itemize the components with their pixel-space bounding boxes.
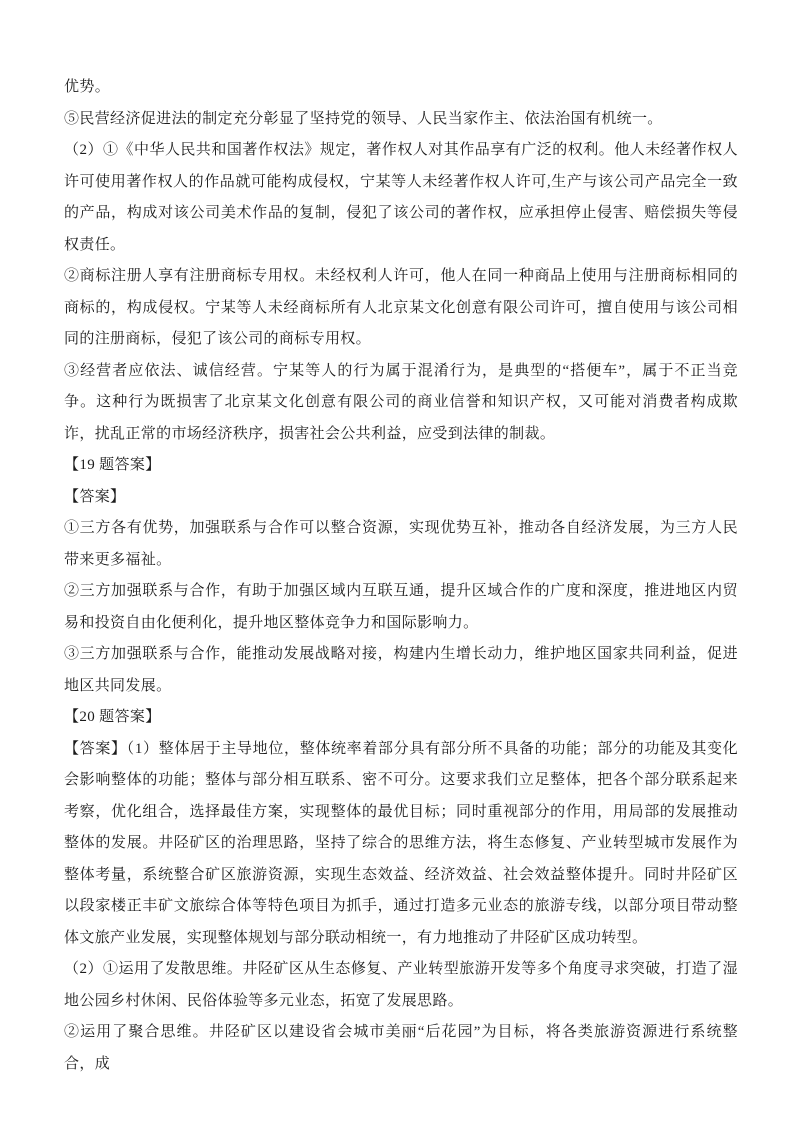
heading-question-20: 【20 题答案】 [64, 702, 738, 734]
paragraph-continuation: 优势。 [64, 72, 738, 104]
paragraph-answer-19-point-1: ①三方各有优势，加强联系与合作可以整合资源，实现优势互补，推动各自经济发展，为三… [64, 513, 738, 576]
paragraph-point-5: ⑤民营经济促进法的制定充分彰显了坚持党的领导、人民当家作主、依法治国有机统一。 [64, 104, 738, 136]
paragraph-copyright-answer: （2）①《中华人民共和国著作权法》规定，著作权人对其作品享有广泛的权利。他人未经… [64, 135, 738, 261]
paragraph-answer-19-point-2: ②三方加强联系与合作，有助于加强区域内互联互通，提升区域合作的广度和深度，推进地… [64, 576, 738, 639]
paragraph-competition-answer: ③经营者应依法、诚信经营。宁某等人的行为属于混淆行为，是典型的“搭便车”，属于不… [64, 356, 738, 451]
paragraph-trademark-answer: ②商标注册人享有注册商标专用权。未经权利人许可，他人在同一种商品上使用与注册商标… [64, 261, 738, 356]
document-page: 优势。 ⑤民营经济促进法的制定充分彰显了坚持党的领导、人民当家作主、依法治国有机… [0, 0, 800, 1131]
heading-answer-label-19: 【答案】 [64, 482, 738, 514]
heading-question-19: 【19 题答案】 [64, 450, 738, 482]
paragraph-answer-20-part-2-convergent: ②运用了聚合思维。井陉矿区以建设省会城市美丽“后花园”为目标，将各类旅游资源进行… [64, 1017, 738, 1080]
document-body: 优势。 ⑤民营经济促进法的制定充分彰显了坚持党的领导、人民当家作主、依法治国有机… [64, 72, 738, 1080]
paragraph-answer-20-part-2-divergent: （2）①运用了发散思维。井陉矿区从生态修复、产业转型旅游开发等多个角度寻求突破，… [64, 954, 738, 1017]
paragraph-answer-19-point-3: ③三方加强联系与合作，能推动发展战略对接，构建内生增长动力，维护地区国家共同利益… [64, 639, 738, 702]
paragraph-answer-20-part-1: 【答案】（1）整体居于主导地位，整体统率着部分具有部分所不具备的功能；部分的功能… [64, 734, 738, 955]
